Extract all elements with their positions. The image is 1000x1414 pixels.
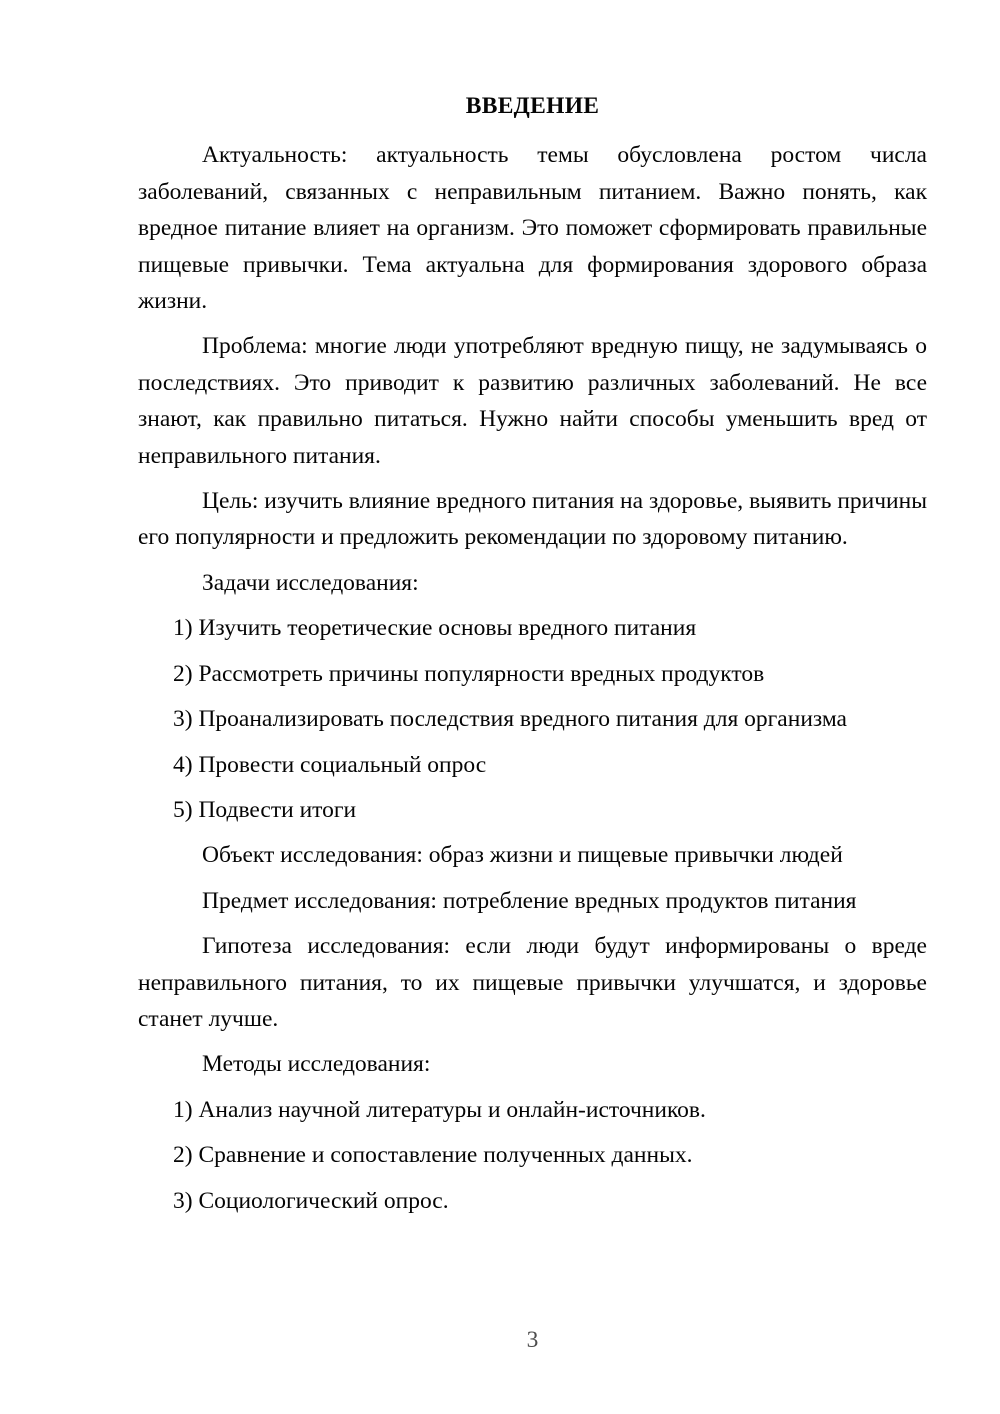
relevance-paragraph: Актуальность: актуальность темы обусловл… xyxy=(138,137,927,319)
method-list-item-1: 1) Анализ научной литературы и онлайн-ис… xyxy=(173,1092,927,1128)
page-content: ВВЕДЕНИЕ Актуальность: актуальность темы… xyxy=(138,88,927,1228)
subject-paragraph: Предмет исследования: потребление вредны… xyxy=(138,883,927,919)
task-list-item-1: 1) Изучить теоретические основы вредного… xyxy=(173,610,927,646)
task-list-item-5: 5) Подвести итоги xyxy=(173,792,927,828)
page-number: 3 xyxy=(138,1322,927,1358)
goal-paragraph: Цель: изучить влияние вредного питания н… xyxy=(138,483,927,556)
hypothesis-paragraph: Гипотеза исследования: если люди будут и… xyxy=(138,928,927,1037)
method-list-item-2: 2) Сравнение и сопоставление полученных … xyxy=(173,1137,927,1173)
document-page: ВВЕДЕНИЕ Актуальность: актуальность темы… xyxy=(0,0,1000,1414)
methods-heading: Методы исследования: xyxy=(138,1046,927,1082)
object-paragraph: Объект исследования: образ жизни и пищев… xyxy=(138,837,927,873)
tasks-heading: Задачи исследования: xyxy=(138,565,927,601)
page-title: ВВЕДЕНИЕ xyxy=(138,88,927,124)
task-list-item-4: 4) Провести социальный опрос xyxy=(173,747,927,783)
problem-paragraph: Проблема: многие люди употребляют вредну… xyxy=(138,328,927,474)
task-list-item-2: 2) Рассмотреть причины популярности вред… xyxy=(173,656,927,692)
method-list-item-3: 3) Социологический опрос. xyxy=(173,1183,927,1219)
task-list-item-3: 3) Проанализировать последствия вредного… xyxy=(173,701,927,737)
